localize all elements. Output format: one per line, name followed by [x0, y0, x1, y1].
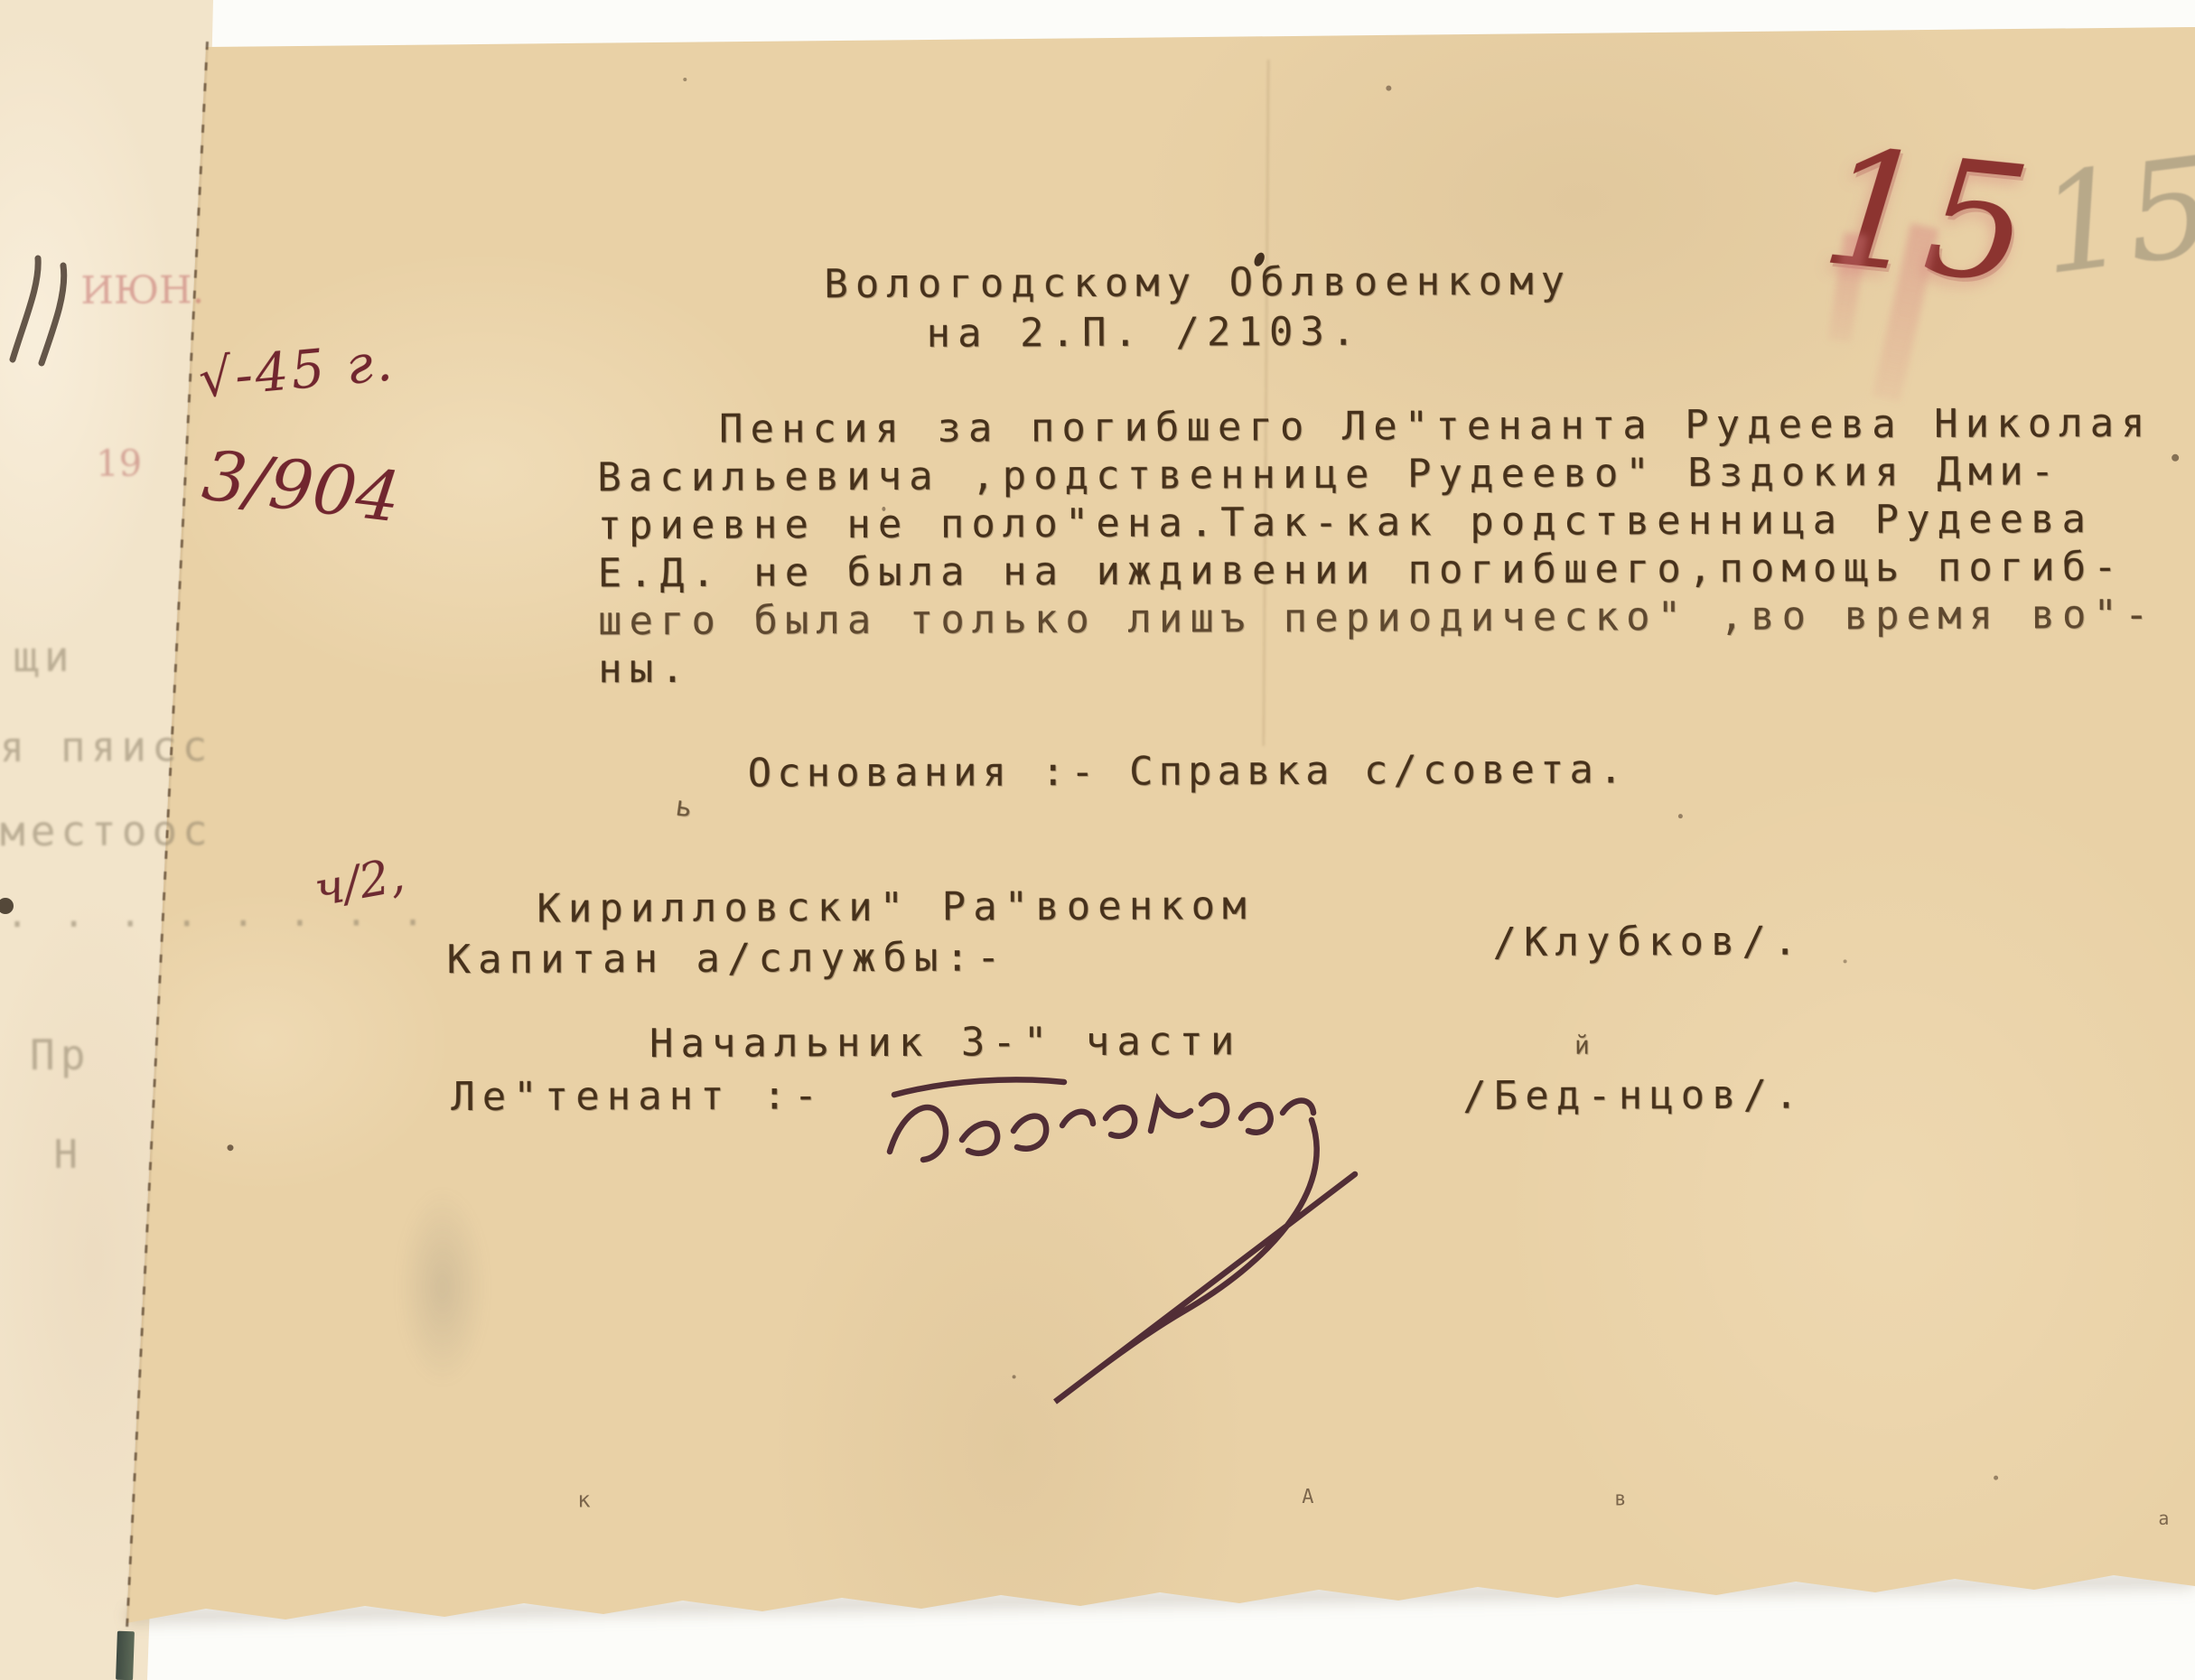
stray-mark: к: [577, 1487, 591, 1512]
faint-stamp: ИЮН.: [80, 267, 204, 313]
bleedthrough-fragment: я пяисс: [0, 722, 213, 771]
bleedthrough-fragment: . . . . . . . .: [5, 890, 430, 936]
stray-mark: в: [1614, 1488, 1626, 1510]
body-line: Васильевича ,родственнице Рудеево" Вздок…: [597, 452, 2061, 498]
paper-speck: [683, 78, 687, 81]
body-line: шего была только лишъ периодическо" ,во …: [598, 595, 2156, 642]
paper-speck: [1844, 959, 1847, 963]
body-line: ны.: [598, 649, 692, 689]
bleedthrough-fragment: Н: [53, 1132, 83, 1178]
signature1-role-line2: Капитан а/службы:-: [446, 938, 1007, 980]
signature2-role-line1: Начальник 3-" части: [649, 1022, 1242, 1064]
faint-stamp: 19: [96, 443, 142, 485]
scanned-document: Вологодскому Облвоенкому на 2.П. /2103. …: [0, 0, 2195, 1680]
body-line: Пенсия за погибшего Ле"тенанта Рудеева Н…: [719, 404, 2153, 450]
signature1-role-line1: Кирилловски" Ра"военком: [537, 886, 1253, 929]
paper-speck: [1678, 814, 1683, 818]
document-text-layer: Вологодскому Облвоенкому на 2.П. /2103. …: [0, 0, 2195, 1680]
signature2-name-diacritic: й: [1574, 1033, 1597, 1059]
stray-mark: а: [2158, 1507, 2169, 1529]
paper-speck: [1013, 1375, 1016, 1378]
signature2-role-line2: Ле"тенант :-: [451, 1076, 825, 1117]
signature2-name: /Бед-нцов/.: [1462, 1076, 1806, 1117]
margin-note-number: 3/904: [199, 434, 405, 537]
margin-note-check: √-45 г.: [196, 331, 397, 410]
paper-speck: [2172, 454, 2179, 462]
paper-speck: [1994, 1476, 1998, 1480]
header-addressee: Вологодскому Облвоенкому: [824, 262, 1572, 305]
body-line: Е.Д. не была на иждивении погибшего,помо…: [598, 547, 2125, 593]
bleedthrough-fragment: местоос: [0, 806, 213, 855]
page-number-pencil: 15: [2032, 128, 2195, 306]
body-line: триевне не поло"ена.Так-как родственница…: [597, 499, 2093, 546]
paper-speck: [882, 507, 885, 511]
basis-line: Основания :- Справка с/совета.: [748, 750, 1629, 793]
paper-speck: [227, 1144, 233, 1151]
stray-ink-mark: ь: [674, 793, 701, 823]
stray-mark: А: [1302, 1486, 1313, 1508]
signature1-name: /Клубков/.: [1492, 922, 1804, 964]
paper-speck: [1386, 86, 1391, 91]
bleedthrough-fragment: Пр: [30, 1031, 91, 1079]
header-reference-number: на 2.П. /2103.: [926, 313, 1362, 354]
bleedthrough-fragment: щи: [14, 632, 75, 681]
